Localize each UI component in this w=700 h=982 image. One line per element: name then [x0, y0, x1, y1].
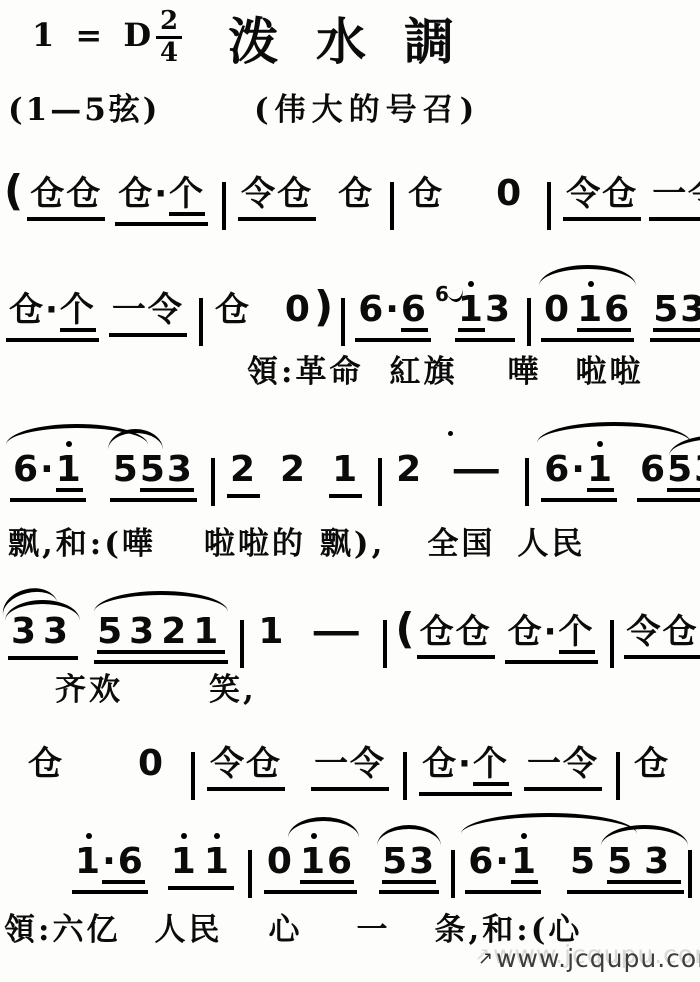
slur-arc: [288, 817, 359, 838]
tuning-note: (1—5弦): [8, 84, 160, 129]
note-group: 令仓: [563, 177, 641, 221]
note-group: 令仓: [238, 177, 316, 221]
watermark-logo-icon: ↗: [478, 948, 494, 969]
barline: [527, 298, 531, 346]
lyric: 領:革命: [247, 346, 363, 391]
lyric: 飘),: [320, 518, 385, 563]
time-signature: 2 4: [152, 8, 186, 66]
note: 仓: [215, 293, 251, 327]
barline: [378, 458, 382, 506]
score-line-2: 仓·个 一令 仓 0 ) 6·6 6 13 016 53: [6, 286, 700, 342]
note-group: 令仓: [207, 747, 285, 791]
note-group: 一令: [649, 177, 700, 221]
note: 2: [280, 452, 307, 488]
note-group: 仓·个: [505, 614, 598, 664]
note-group: 1·6: [72, 844, 148, 894]
note-group: 13: [455, 292, 515, 342]
barline: [383, 620, 387, 668]
duration-dash: —: [311, 614, 364, 650]
note-group: 6·1: [541, 452, 617, 502]
lyric: 心: [268, 904, 302, 949]
lyric: 齐欢: [55, 664, 123, 709]
note-group: 553: [110, 452, 197, 502]
note: 仓: [408, 177, 444, 211]
note-group: 仓·个: [115, 176, 208, 226]
note-group: 6·1: [10, 452, 86, 502]
rest-note: 0: [285, 292, 312, 328]
lyric: 人民: [517, 518, 585, 563]
lyric: 紅旗: [389, 346, 457, 391]
note-group: 6·1: [465, 844, 541, 894]
note-group: 1: [329, 452, 362, 498]
barline: [199, 298, 203, 346]
note: 2: [396, 452, 423, 488]
lyric: 啦啦: [575, 346, 643, 391]
score-line-1: ( 仓仓 仓·个 令仓 仓 仓 0 令仓 一令: [4, 170, 700, 226]
lyric: 飘,和:(嘩: [8, 518, 156, 563]
lyric: 一: [356, 904, 390, 949]
lyric: 嘩: [507, 346, 541, 391]
barline: [525, 458, 529, 506]
tie-arc: [108, 429, 163, 450]
note-group: 仓·个: [419, 746, 512, 796]
barline: [616, 752, 620, 800]
note-group: 仓仓: [417, 615, 495, 659]
note-group: 016: [541, 292, 634, 342]
slur-arc: [94, 591, 228, 612]
open-paren: (: [4, 170, 23, 212]
grace-note: 6: [435, 284, 449, 304]
lyrics-line-3: 齐欢 笑,: [55, 664, 257, 709]
sheet-music-page: 1 = D 2 4 泼水調 (1—5弦) (伟大的号召) ( 仓仓 仓·个 令仓…: [0, 0, 700, 982]
note-group: 一令: [311, 747, 389, 791]
lyric: 全国: [427, 518, 495, 563]
lyric: 条,和:(心: [434, 904, 582, 949]
lyric: 笑,: [209, 664, 257, 709]
note-group: 仓仓: [27, 177, 105, 221]
note-group: 53: [379, 844, 439, 894]
slur-arc: [461, 813, 637, 834]
time-signature-numerator: 2: [152, 8, 186, 35]
close-paren: ): [314, 286, 333, 328]
duration-dash: —: [451, 452, 504, 488]
score-line-4: 33 5321 1 — ( 仓仓 仓·个 令仓 仓: [8, 608, 700, 664]
time-signature-denominator: 4: [152, 40, 186, 67]
note-group: 一令: [109, 293, 187, 337]
note: 仓: [634, 747, 670, 781]
watermark-text: www.jcqupu.com: [496, 944, 700, 973]
barline: [341, 298, 345, 346]
rest-note: 0: [138, 746, 165, 782]
ink-speck: [448, 431, 453, 436]
note: 1: [258, 614, 285, 650]
note-group: 令仓: [624, 615, 700, 659]
score-line-5: 仓 0 令仓 一令 仓·个 一令 仓 0 ): [28, 740, 700, 796]
watermark: ↗ www.jcqupu.com: [478, 944, 700, 973]
lyric: 啦啦的: [204, 518, 306, 563]
lyrics-line-1: 領:革命 紅旗 嘩 啦啦: [247, 346, 643, 391]
slur-arc: [6, 424, 148, 445]
note-group: 一令: [524, 747, 602, 791]
barline: [248, 850, 252, 898]
barline: [240, 620, 244, 668]
barline: [222, 182, 226, 230]
barline: [688, 850, 692, 898]
barline: [211, 458, 215, 506]
note: 仓: [28, 747, 64, 781]
open-paren: (: [395, 608, 414, 650]
note-group: 33: [8, 614, 78, 660]
slur-arc: [537, 422, 691, 443]
song-title: 泼水調: [228, 2, 492, 74]
barline: [547, 182, 551, 230]
lyrics-line-4: 領:六亿 人民 心 一 条,和:(心: [4, 904, 582, 949]
note-group: 仓·个: [6, 292, 99, 342]
note-group: 53: [650, 292, 700, 342]
note-group: 11: [168, 844, 234, 890]
lyrics-line-2: 飘,和:(嘩 啦啦的 飘), 全国 人民: [8, 518, 585, 563]
rest-note: 0: [496, 176, 523, 212]
note: 仓: [338, 177, 374, 211]
note-group: 6·6: [355, 292, 431, 342]
barline: [610, 620, 614, 668]
lyric: 領:六亿: [4, 904, 120, 949]
note-group: 016: [264, 844, 357, 894]
key-signature: 1 = D: [32, 16, 156, 54]
barline: [191, 752, 195, 800]
barline: [390, 182, 394, 230]
score-line-3: 6·1 553 2 2 1 2 — 6·1 653: [10, 452, 700, 502]
note-group: 553: [567, 844, 684, 894]
lyric: 人民: [154, 904, 222, 949]
note-group: 653: [637, 452, 700, 502]
barline: [451, 850, 455, 898]
note-group: 2: [227, 452, 260, 498]
source-note: (伟大的号召): [254, 84, 480, 129]
score-line-6: 1·6 11 016 53 6·1 553: [72, 844, 692, 894]
barline: [403, 752, 407, 800]
note-group: 5321: [94, 614, 228, 664]
